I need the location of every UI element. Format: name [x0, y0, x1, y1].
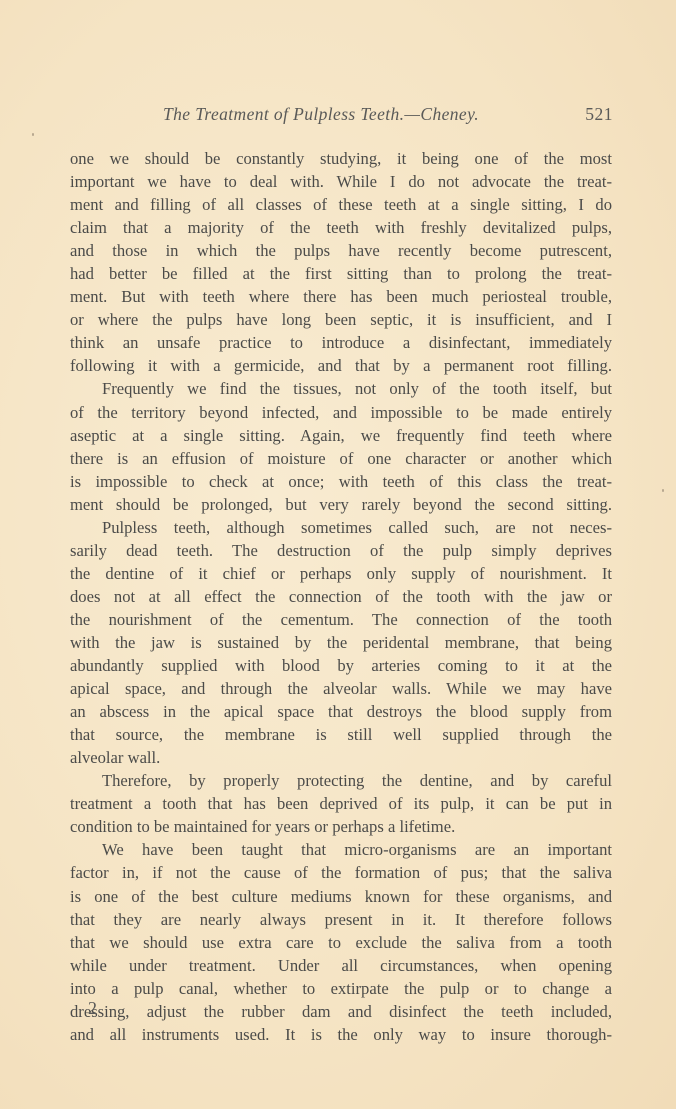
- paragraph-3: Pulpless teeth, although sometimes calle…: [70, 516, 612, 770]
- text-line: important we have to deal with. While I …: [70, 170, 612, 193]
- text-line: think an unsafe practice to introduce a …: [70, 331, 612, 354]
- page-number: 521: [585, 104, 613, 125]
- text-line: the dentine of it chief or perhaps only …: [70, 562, 612, 585]
- signature-mark: 2: [88, 998, 97, 1019]
- text-line: that they are nearly always present in i…: [70, 908, 612, 931]
- text-line: ment should be prolonged, but very rarel…: [70, 493, 612, 516]
- text-line: into a pulp canal, whether to extirpate …: [70, 977, 612, 1000]
- text-line: treatment a tooth that has been deprived…: [70, 792, 612, 815]
- paragraph-5: We have been taught that micro-organisms…: [70, 838, 612, 1045]
- text-line: that source, the membrane is still well …: [70, 723, 612, 746]
- text-line: or where the pulps have long been septic…: [70, 308, 612, 331]
- body-text: one we should be constantly studying, it…: [70, 147, 612, 1046]
- paragraph-1: one we should be constantly studying, it…: [70, 147, 612, 377]
- text-line: of the territory beyond infected, and im…: [70, 401, 612, 424]
- text-line: an abscess in the apical space that dest…: [70, 700, 612, 723]
- text-line: alveolar wall.: [70, 746, 612, 769]
- text-line: the nourishment of the cementum. The con…: [70, 608, 612, 631]
- text-line: does not at all effect the connection of…: [70, 585, 612, 608]
- text-line: that we should use extra care to exclude…: [70, 931, 612, 954]
- text-line: abundantly supplied with blood by arteri…: [70, 654, 612, 677]
- text-line: We have been taught that micro-organisms…: [70, 838, 612, 861]
- text-line: Therefore, by properly protecting the de…: [70, 769, 612, 792]
- text-line: had better be filled at the first sittin…: [70, 262, 612, 285]
- text-line: is one of the best culture mediums known…: [70, 885, 612, 908]
- text-line: and those in which the pulps have recent…: [70, 239, 612, 262]
- text-line: Pulpless teeth, although sometimes calle…: [70, 516, 612, 539]
- text-line: following it with a germicide, and that …: [70, 354, 612, 377]
- running-title: The Treatment of Pulpless Teeth.—Cheney.: [163, 104, 479, 125]
- paragraph-2: Frequently we find the tissues, not only…: [70, 377, 612, 515]
- text-line: factor in, if not the cause of the forma…: [70, 861, 612, 884]
- text-line: while under treatment. Under all circums…: [70, 954, 612, 977]
- text-line: and all instruments used. It is the only…: [70, 1023, 612, 1046]
- text-line: claim that a majority of the teeth with …: [70, 216, 612, 239]
- paper-speck: [662, 489, 664, 492]
- text-line: dressing, adjust the rubber dam and disi…: [70, 1000, 612, 1023]
- text-line: with the jaw is sustained by the periden…: [70, 631, 612, 654]
- text-line: is impossible to check at once; with tee…: [70, 470, 612, 493]
- paragraph-4: Therefore, by properly protecting the de…: [70, 769, 612, 838]
- running-header: The Treatment of Pulpless Teeth.—Cheney.…: [163, 104, 613, 128]
- text-line: sarily dead teeth. The destruction of th…: [70, 539, 612, 562]
- text-line: there is an effusion of moisture of one …: [70, 447, 612, 470]
- text-line: one we should be constantly studying, it…: [70, 147, 612, 170]
- paper-speck: [32, 133, 34, 136]
- text-line: Frequently we find the tissues, not only…: [70, 377, 612, 400]
- text-line: condition to be maintained for years or …: [70, 815, 612, 838]
- text-line: apical space, and through the alveolar w…: [70, 677, 612, 700]
- text-line: ment and filling of all classes of these…: [70, 193, 612, 216]
- text-line: ment. But with teeth where there has bee…: [70, 285, 612, 308]
- text-line: aseptic at a single sitting. Again, we f…: [70, 424, 612, 447]
